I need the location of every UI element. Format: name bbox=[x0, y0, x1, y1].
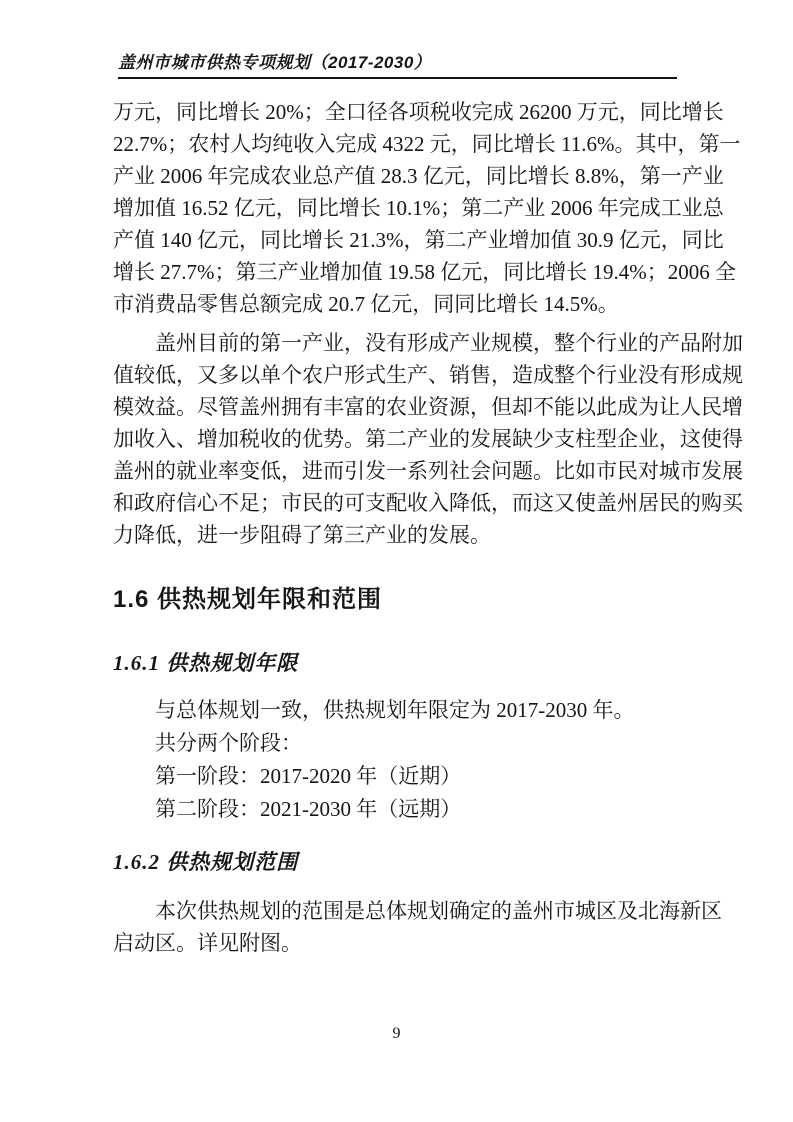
paragraph-planning-scope: 本次供热规划的范围是总体规划确定的盖州市城区及北海新区 启动区。详见附图。 bbox=[113, 895, 690, 959]
body-text-line: 增加值 16.52 亿元，同比增长 10.1%；第二产业 2006 年完成工业总 bbox=[113, 192, 690, 224]
body-text-line: 盖州的就业率变低，进而引发一系列社会问题。比如市民对城市发展 bbox=[113, 455, 690, 487]
body-text-line: 模效益。尽管盖州拥有丰富的农业资源，但却不能以此成为让人民增 bbox=[113, 391, 690, 423]
subsection-heading-1-6-2: 1.6.2 供热规划范围 bbox=[113, 847, 690, 877]
paragraph-industry-analysis: 盖州目前的第一产业，没有形成产业规模，整个行业的产品附加 值较低，又多以单个农户… bbox=[113, 327, 690, 551]
body-text-line: 共分两个阶段： bbox=[113, 727, 690, 760]
subsection-heading-1-6-1: 1.6.1 供热规划年限 bbox=[113, 648, 690, 678]
body-text-line: 盖州目前的第一产业，没有形成产业规模，整个行业的产品附加 bbox=[113, 327, 690, 359]
body-text-line: 万元，同比增长 20%；全口径各项税收完成 26200 万元，同比增长 bbox=[113, 96, 690, 128]
document-page: 盖州市城市供热专项规划（2017-2030） 万元，同比增长 20%；全口径各项… bbox=[0, 0, 793, 1122]
body-text-line: 增长 27.7%；第三产业增加值 19.58 亿元，同比增长 19.4%；200… bbox=[113, 256, 690, 288]
body-text-line: 第一阶段：2017-2020 年（近期） bbox=[113, 760, 690, 793]
page-content: 万元，同比增长 20%；全口径各项税收完成 26200 万元，同比增长 22.7… bbox=[113, 96, 690, 959]
body-text-line: 值较低，又多以单个农户形式生产、销售，造成整个行业没有形成规 bbox=[113, 359, 690, 391]
body-text-line: 和政府信心不足；市民的可支配收入降低，而这又使盖州居民的购买 bbox=[113, 487, 690, 519]
planning-period-lines: 与总体规划一致，供热规划年限定为 2017-2030 年。 共分两个阶段： 第一… bbox=[113, 694, 690, 826]
body-text-line: 市消费品零售总额完成 20.7 亿元，同同比增长 14.5%。 bbox=[113, 288, 690, 320]
body-text-line: 本次供热规划的范围是总体规划确定的盖州市城区及北海新区 bbox=[113, 895, 690, 927]
body-text-line: 启动区。详见附图。 bbox=[113, 927, 690, 959]
body-text-line: 加收入、增加税收的优势。第二产业的发展缺少支柱型企业，这使得 bbox=[113, 423, 690, 455]
body-text-line: 产值 140 亿元，同比增长 21.3%，第二产业增加值 30.9 亿元，同比 bbox=[113, 224, 690, 256]
paragraph-economy-stats: 万元，同比增长 20%；全口径各项税收完成 26200 万元，同比增长 22.7… bbox=[113, 96, 690, 320]
body-text-line: 力降低，进一步阻碍了第三产业的发展。 bbox=[113, 519, 690, 551]
body-text-line: 第二阶段：2021-2030 年（远期） bbox=[113, 793, 690, 826]
running-header-title: 盖州市城市供热专项规划（2017-2030） bbox=[118, 52, 677, 79]
section-heading-1-6: 1.6 供热规划年限和范围 bbox=[113, 585, 690, 615]
body-text-line: 与总体规划一致，供热规划年限定为 2017-2030 年。 bbox=[113, 694, 690, 727]
page-number: 9 bbox=[0, 1024, 793, 1044]
body-text-line: 产业 2006 年完成农业总产值 28.3 亿元，同比增长 8.8%，第一产业 bbox=[113, 160, 690, 192]
body-text-line: 22.7%；农村人均纯收入完成 4322 元，同比增长 11.6%。其中，第一 bbox=[113, 128, 690, 160]
